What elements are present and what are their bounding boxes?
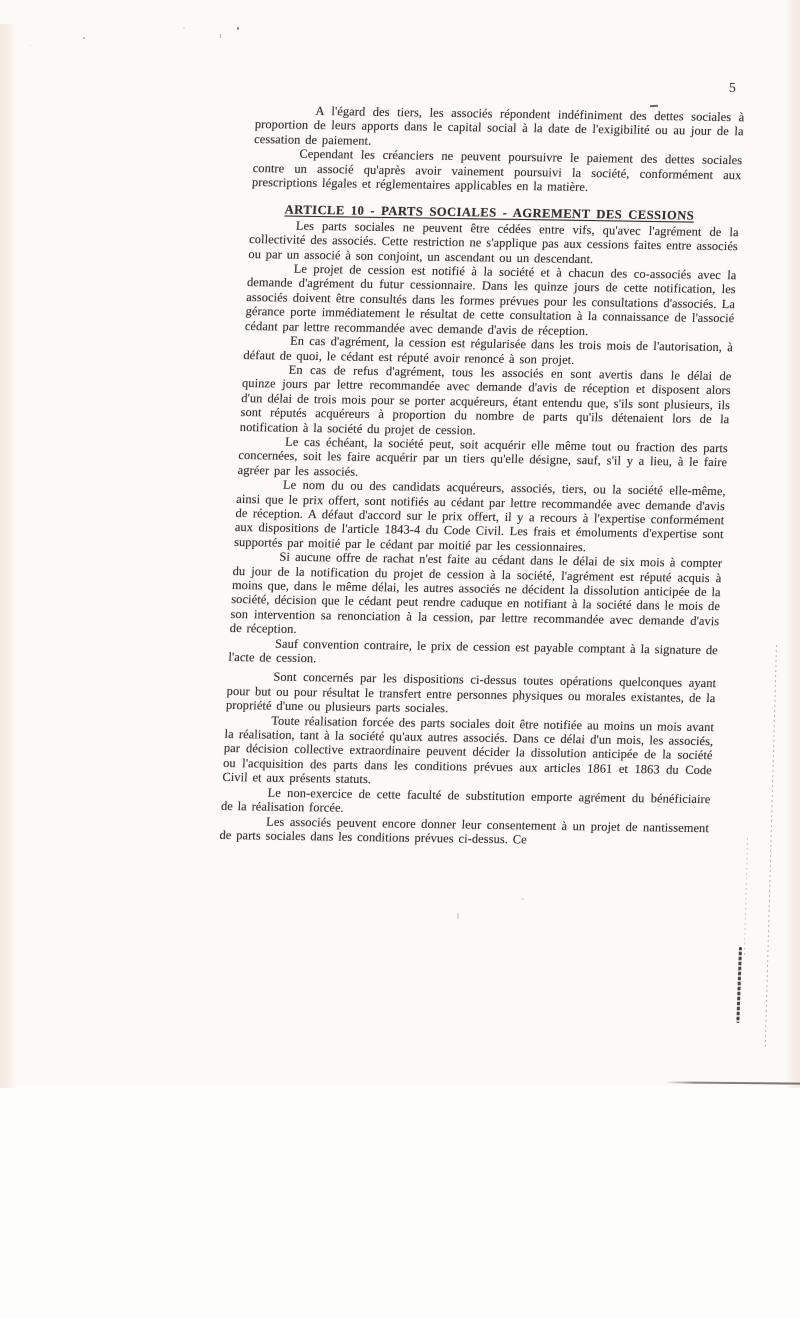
scan-speck: [237, 27, 239, 30]
paragraph-projet-notification: Le projet de cession est notifié à la so…: [245, 261, 737, 340]
scanned-document-page: 5 A l'égard des tiers, les associés répo…: [0, 0, 800, 1318]
paragraph-candidats-acquereurs: Le nom du ou des candidats acquéreurs, a…: [234, 477, 726, 556]
paragraph-realisation-forcee: Toute réalisation forcée des parts socia…: [222, 713, 714, 792]
scan-speck: [83, 37, 85, 39]
scan-speck: [183, 27, 185, 28]
scan-edge-right-tint: [785, 0, 800, 1088]
page-number: 5: [729, 80, 736, 96]
paragraph-liability-thirds: A l'égard des tiers, les associés répond…: [254, 103, 745, 153]
scan-speck: [457, 913, 459, 919]
paragraph-refus-agrement: En cas de refus d'agrément, tous les ass…: [240, 362, 732, 441]
document-text-block: A l'égard des tiers, les associés répond…: [219, 103, 744, 849]
scan-speck: [30, 45, 31, 46]
paragraph-offre-rachat: Si aucune offre de rachat n'est faite au…: [230, 549, 723, 643]
paragraph-societe-acquiert: Le cas échéant, la société peut, soit ac…: [237, 434, 728, 484]
scan-speck: [521, 898, 524, 900]
paragraph-prix-payable: Sauf convention contraire, le prix de ce…: [228, 636, 718, 672]
paragraph-operations-concernees: Sont concernés par les dispositions ci-d…: [226, 669, 717, 719]
scan-speck: [220, 34, 221, 38]
paragraph-cession-agrement: Les parts sociales ne peuvent être cédée…: [248, 218, 739, 268]
scan-edge-left-tint: [0, 24, 16, 1088]
paragraph-creditors: Cependant les créanciers ne peuvent pour…: [252, 146, 743, 196]
